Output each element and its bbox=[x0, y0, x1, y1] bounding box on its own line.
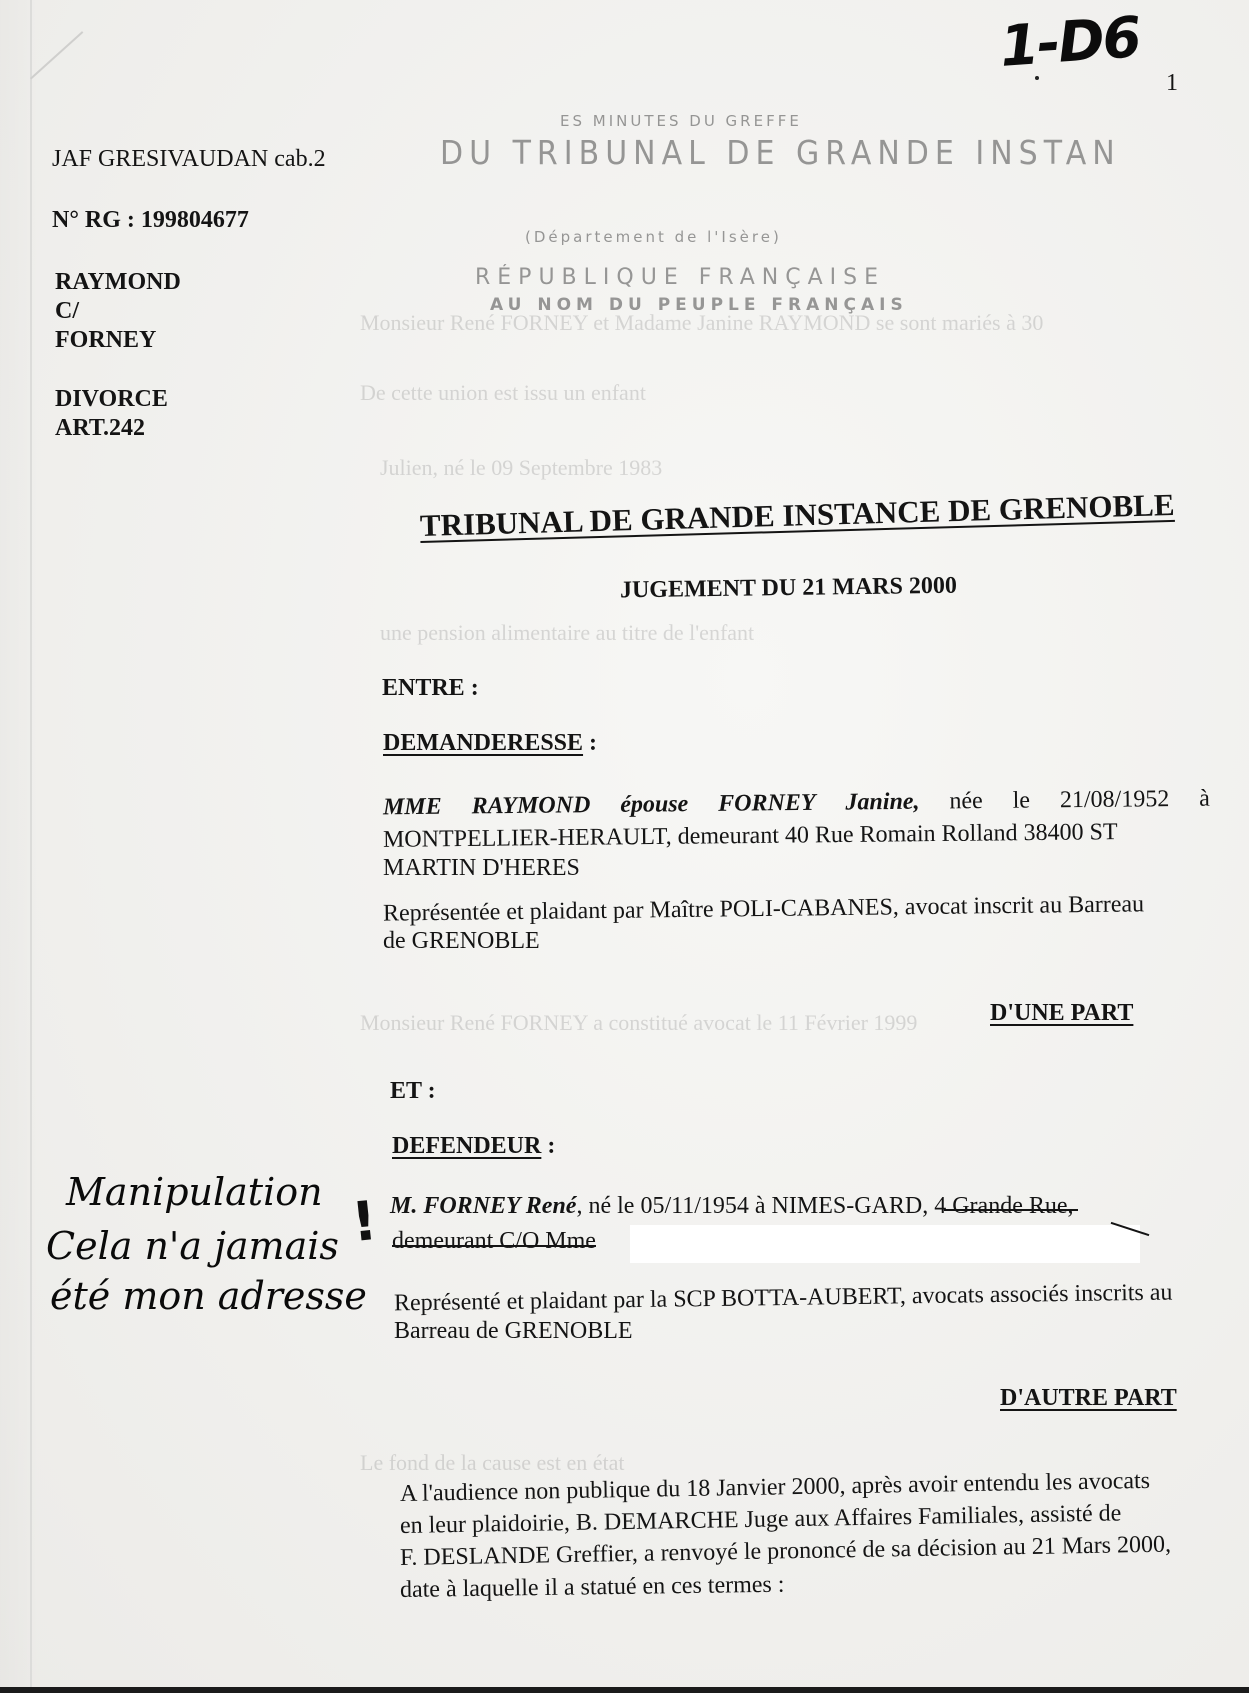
plaintiff-birthdate: 21/08/1952 bbox=[1060, 783, 1170, 816]
plaintiff-heading-text: DEMANDERESSE bbox=[383, 730, 583, 756]
stamp-line-4: RÉPUBLIQUE FRANÇAISE bbox=[475, 265, 885, 290]
case-article: ART.242 bbox=[55, 414, 145, 442]
scan-bottom-edge bbox=[0, 1687, 1249, 1693]
strikethrough-line bbox=[944, 1209, 1077, 1211]
defendant-residence-line: demeurant C/O Mme bbox=[392, 1225, 596, 1257]
handwritten-annotation-line: Cela n'a jamais bbox=[46, 1222, 339, 1270]
handwritten-annotation-line: été mon adresse bbox=[50, 1272, 367, 1320]
defendant-heading-colon: : bbox=[541, 1133, 555, 1159]
document-page: Monsieur René FORNEY et Madame Janine RA… bbox=[0, 0, 1249, 1693]
plaintiff-surname: RAYMOND bbox=[471, 789, 590, 822]
plaintiff-born-word: à bbox=[1199, 783, 1210, 815]
plaintiff-born-word: née bbox=[949, 785, 983, 817]
plaintiff-address-line: MARTIN D'HERES bbox=[383, 852, 580, 884]
stamp-line-3: (Département de l'Isère) bbox=[525, 228, 782, 246]
plaintiff-counsel-line: Représentée et plaidant par Maître POLI-… bbox=[383, 888, 1144, 929]
plaintiff-epouse: épouse bbox=[620, 788, 688, 821]
case-type: DIVORCE bbox=[55, 385, 168, 413]
defendant-heading-text: DEFENDEUR bbox=[392, 1133, 541, 1159]
bleed-through-text: Julien, né le 09 Septembre 1983 bbox=[380, 455, 662, 481]
plaintiff-married-name: FORNEY bbox=[718, 787, 816, 820]
corner-fold bbox=[30, 31, 83, 79]
hearing-line: date à laquelle il a statué en ces terme… bbox=[400, 1569, 785, 1606]
bleed-through-text: Monsieur René FORNEY a constitué avocat … bbox=[360, 1010, 917, 1036]
defendant-identity-line: M. FORNEY René, né le 05/11/1954 à NIMES… bbox=[390, 1190, 1074, 1222]
struck-address: 4 Grande Rue, bbox=[934, 1193, 1073, 1219]
party-plaintiff: RAYMOND bbox=[55, 268, 181, 296]
plaintiff-counsel-line: de GRENOBLE bbox=[383, 925, 540, 957]
bleed-through-text: Le fond de la cause est en état bbox=[360, 1450, 624, 1476]
defendant-heading: DEFENDEUR : bbox=[392, 1133, 555, 1160]
party-defendant: FORNEY bbox=[55, 326, 156, 354]
redaction-box bbox=[630, 1225, 1140, 1263]
and-label: ET : bbox=[390, 1078, 436, 1105]
chamber-label: JAF GRESIVAUDAN cab.2 bbox=[52, 145, 326, 173]
defendant-name: M. FORNEY René bbox=[390, 1193, 576, 1219]
struck-residence: demeurant C/O Mme bbox=[392, 1228, 596, 1254]
page-number: 1 bbox=[1166, 70, 1178, 97]
strikethrough-line bbox=[392, 1245, 596, 1247]
versus-label: C/ bbox=[55, 297, 79, 325]
page-edge bbox=[30, 0, 32, 1693]
mark-dot bbox=[1035, 76, 1039, 80]
stamp-line-2: DU TRIBUNAL DE GRANDE INSTAN bbox=[440, 134, 1121, 173]
defendant-birth-info: , né le 05/11/1954 à NIMES-GARD, bbox=[576, 1193, 934, 1219]
plaintiff-born-word: le bbox=[1013, 785, 1031, 817]
handwritten-reference-code: 1-D6 bbox=[998, 5, 1142, 80]
rg-number: N° RG : 199804677 bbox=[52, 206, 249, 234]
court-title: TRIBUNAL DE GRANDE INSTANCE DE GRENOBLE bbox=[419, 487, 1174, 544]
plaintiff-title: MME bbox=[383, 791, 442, 824]
defendant-counsel-line: Barreau de GRENOBLE bbox=[394, 1315, 633, 1347]
stamp-line-1: ES MINUTES DU GREFFE bbox=[560, 112, 802, 130]
plaintiff-part-label: D'UNE PART bbox=[990, 1000, 1133, 1027]
exclamation-mark: ! bbox=[349, 1189, 380, 1254]
defendant-counsel-line: Représenté et plaidant par la SCP BOTTA-… bbox=[394, 1277, 1173, 1320]
plaintiff-heading: DEMANDERESSE : bbox=[383, 730, 597, 757]
judgment-date-title: JUGEMENT DU 21 MARS 2000 bbox=[620, 573, 957, 605]
plaintiff-firstname: Janine, bbox=[845, 786, 919, 819]
bleed-through-text: De cette union est issu un enfant bbox=[360, 380, 646, 406]
bleed-through-text: une pension alimentaire au titre de l'en… bbox=[380, 620, 754, 646]
handwritten-annotation-line: Manipulation bbox=[66, 1168, 323, 1216]
plaintiff-address-line: MONTPELLIER-HERAULT, demeurant 40 Rue Ro… bbox=[383, 816, 1118, 856]
defendant-part-label: D'AUTRE PART bbox=[1000, 1385, 1177, 1412]
struck-address-text: 4 Grande Rue, bbox=[934, 1193, 1073, 1219]
between-label: ENTRE : bbox=[382, 675, 479, 702]
stamp-line-5: AU NOM DU PEUPLE FRANÇAIS bbox=[490, 295, 908, 315]
struck-residence-text: demeurant C/O Mme bbox=[392, 1228, 596, 1254]
plaintiff-heading-colon: : bbox=[583, 730, 597, 756]
